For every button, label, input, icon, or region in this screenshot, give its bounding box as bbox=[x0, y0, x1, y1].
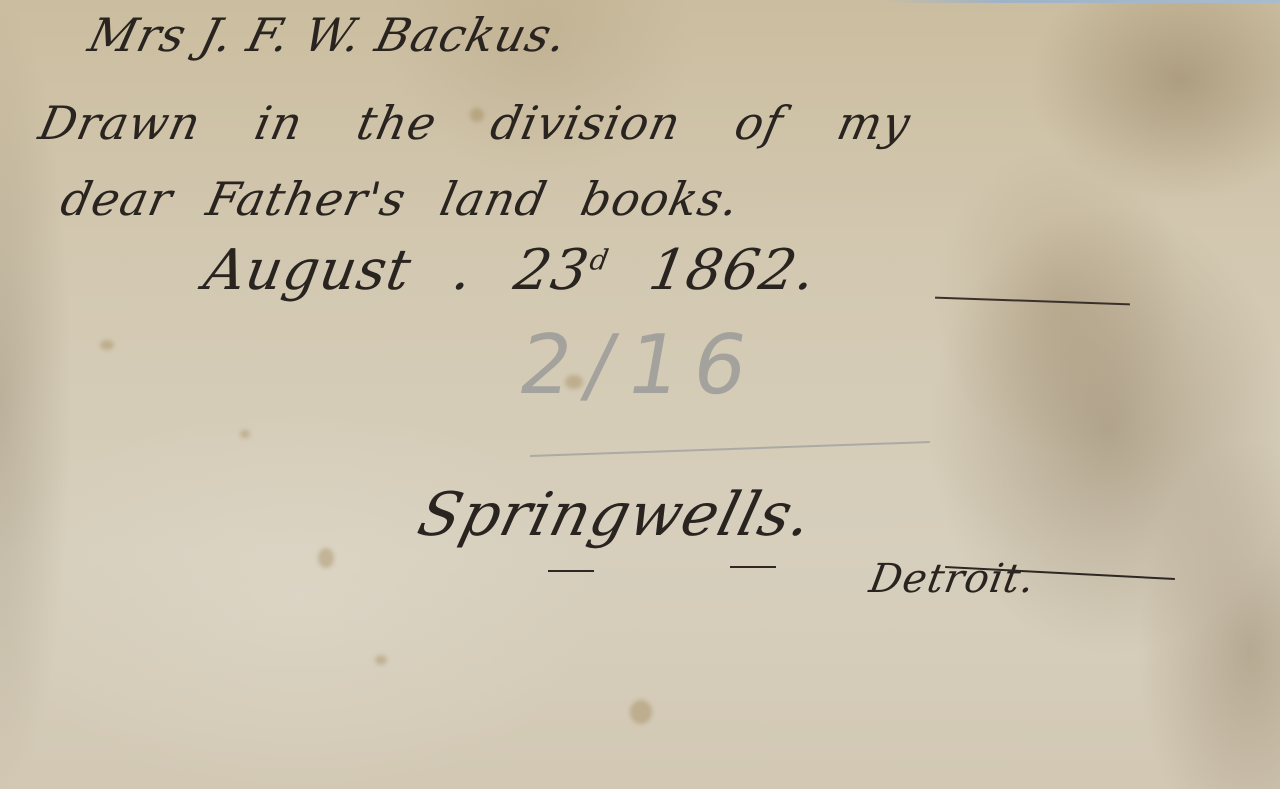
date-day: 23d bbox=[509, 238, 613, 303]
owner-name: Mrs J. F. W. Backus. bbox=[83, 8, 573, 62]
foxing-spot bbox=[375, 655, 387, 665]
inscription-line-3: dear Father's land books. bbox=[56, 172, 744, 226]
foxing-spot bbox=[318, 548, 334, 568]
date-month: August . bbox=[199, 238, 478, 303]
background-edge bbox=[880, 0, 1280, 3]
date-year: 1862. bbox=[644, 238, 821, 303]
inscription-line-2: Drawn in the division of my bbox=[34, 96, 915, 150]
place-flourish bbox=[548, 570, 594, 572]
city-name: Detroit. bbox=[866, 556, 1039, 602]
place-name: Springwells. bbox=[411, 480, 820, 550]
inscription-date: August . 23d 1862. bbox=[199, 238, 821, 303]
place-flourish bbox=[730, 566, 776, 568]
pencil-rule-line bbox=[530, 441, 930, 457]
foxing-spot bbox=[630, 700, 652, 724]
foxing-spot bbox=[240, 430, 250, 438]
date-underline bbox=[935, 297, 1130, 306]
date-day-suffix: d bbox=[587, 243, 612, 276]
foxing-spot bbox=[100, 340, 114, 350]
pencil-note: 2/16 bbox=[512, 318, 769, 413]
aged-paper-page: Mrs J. F. W. Backus. Drawn in the divisi… bbox=[0, 0, 1280, 789]
